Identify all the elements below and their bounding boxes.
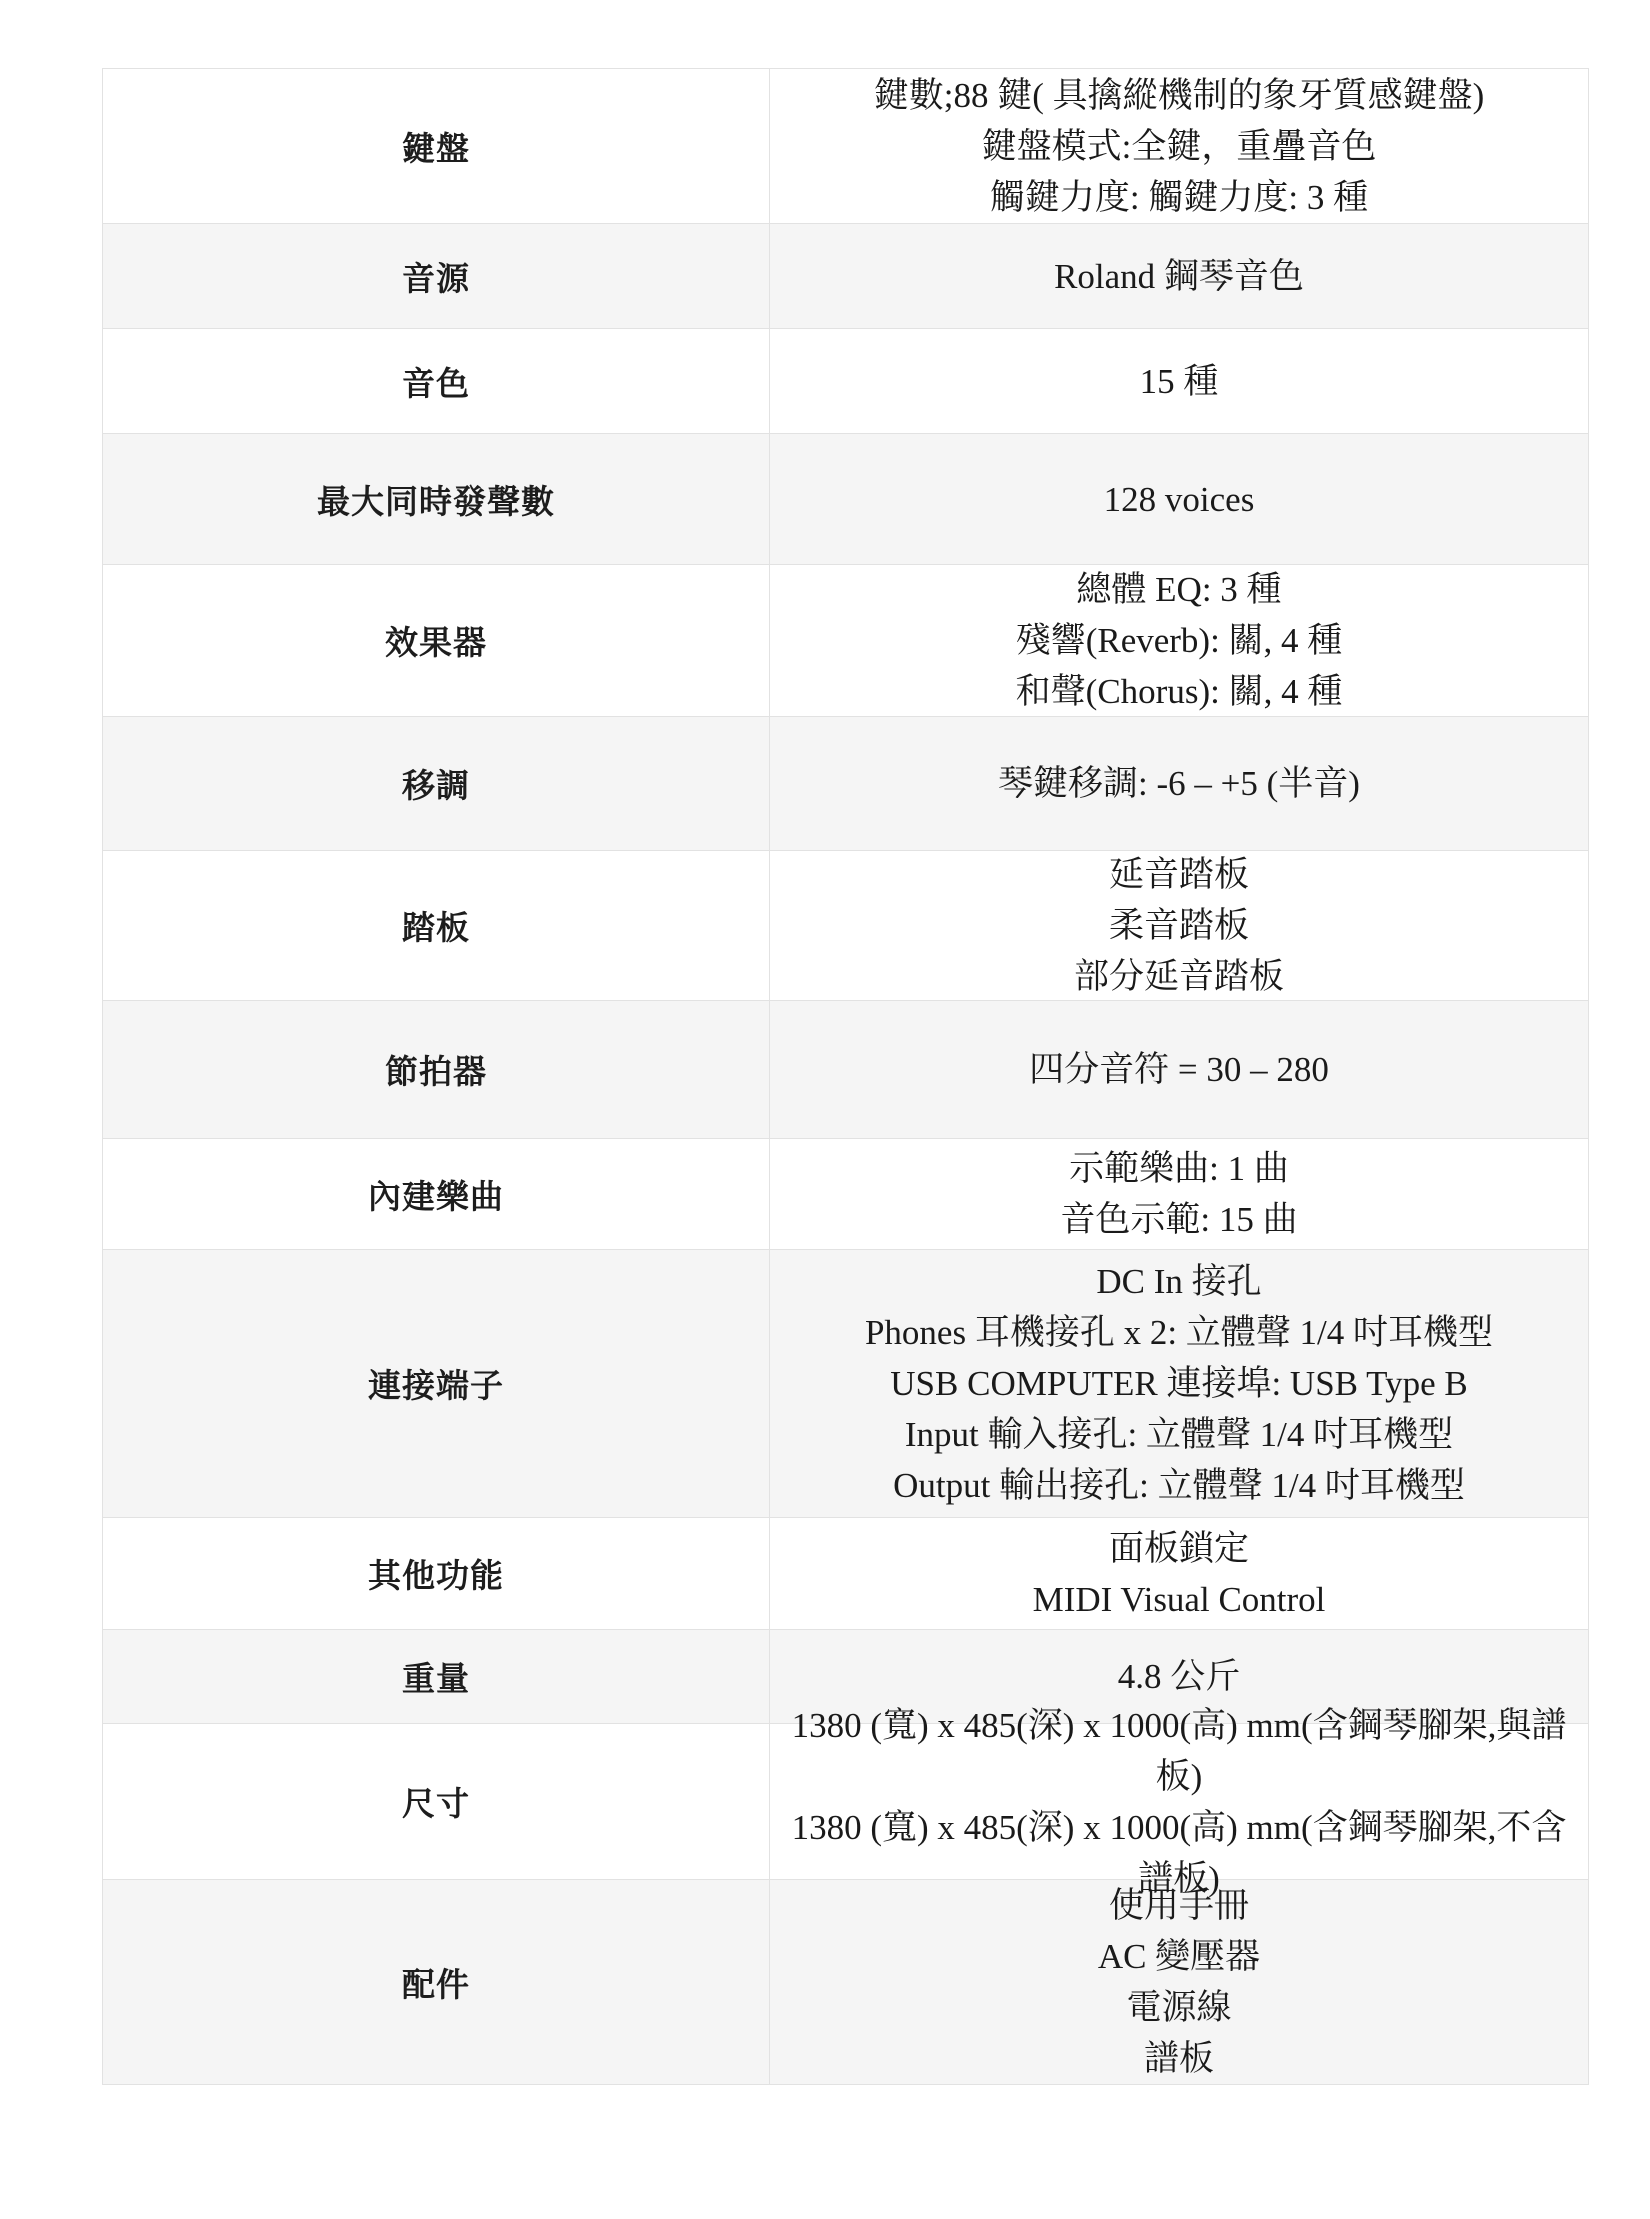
spec-value-cell: Roland 鋼琴音色 xyxy=(770,224,1588,328)
spec-value-line: 延音踏板 xyxy=(780,849,1578,900)
spec-value-line: 部分延音踏板 xyxy=(780,951,1578,1002)
spec-label: 尺寸 xyxy=(402,1778,470,1825)
spec-label-cell: 其他功能 xyxy=(103,1518,770,1629)
spec-value-line: 使用手冊 xyxy=(780,1880,1578,1931)
spec-label: 節拍器 xyxy=(385,1046,487,1093)
spec-label-cell: 最大同時發聲數 xyxy=(103,434,770,564)
spec-value-line: 128 voices xyxy=(780,474,1578,525)
spec-label-cell: 重量 xyxy=(103,1630,770,1723)
table-row: 移調琴鍵移調: -6 – +5 (半音) xyxy=(103,716,1588,850)
spec-label-cell: 移調 xyxy=(103,717,770,850)
spec-value-line: 鍵數;88 鍵( 具擒縱機制的象牙質感鍵盤) xyxy=(780,70,1578,121)
spec-label-cell: 鍵盤 xyxy=(103,69,770,223)
table-row: 配件使用手冊AC 變壓器電源線譜板 xyxy=(103,1879,1588,2084)
spec-value-line: 1380 (寬) x 485(深) x 1000(高) mm(含鋼琴腳架,與譜板… xyxy=(780,1700,1578,1802)
table-row: 連接端子DC In 接孔Phones 耳機接孔 x 2: 立體聲 1/4 吋耳機… xyxy=(103,1249,1588,1517)
spec-value-cell: 延音踏板柔音踏板部分延音踏板 xyxy=(770,851,1588,1000)
spec-value-line: 和聲(Chorus): 關, 4 種 xyxy=(780,666,1578,717)
spec-value-line: AC 變壓器 xyxy=(780,1931,1578,1982)
spec-label-cell: 連接端子 xyxy=(103,1250,770,1517)
spec-value-line: 總體 EQ: 3 種 xyxy=(780,564,1578,615)
spec-value-cell: 面板鎖定MIDI Visual Control xyxy=(770,1518,1588,1629)
spec-label-cell: 尺寸 xyxy=(103,1724,770,1879)
spec-value-cell: DC In 接孔Phones 耳機接孔 x 2: 立體聲 1/4 吋耳機型USB… xyxy=(770,1250,1588,1517)
table-row: 音源Roland 鋼琴音色 xyxy=(103,223,1588,328)
spec-label: 踏板 xyxy=(402,902,470,949)
table-row: 節拍器四分音符 = 30 – 280 xyxy=(103,1000,1588,1138)
spec-value-line: 殘響(Reverb): 關, 4 種 xyxy=(780,615,1578,666)
spec-label: 最大同時發聲數 xyxy=(317,476,555,523)
spec-value-line: 琴鍵移調: -6 – +5 (半音) xyxy=(780,758,1578,809)
spec-value-line: 譜板 xyxy=(780,2033,1578,2084)
spec-value-cell: 128 voices xyxy=(770,434,1588,564)
spec-label: 連接端子 xyxy=(368,1360,504,1407)
spec-value-cell: 1380 (寬) x 485(深) x 1000(高) mm(含鋼琴腳架,與譜板… xyxy=(770,1724,1588,1879)
spec-label: 移調 xyxy=(402,760,470,807)
table-row: 音色15 種 xyxy=(103,328,1588,433)
spec-table: 鍵盤鍵數;88 鍵( 具擒縱機制的象牙質感鍵盤)鍵盤模式:全鍵，重疊音色觸鍵力度… xyxy=(102,68,1589,2085)
spec-label: 鍵盤 xyxy=(402,123,470,170)
spec-value-cell: 示範樂曲: 1 曲音色示範: 15 曲 xyxy=(770,1139,1588,1249)
spec-label: 其他功能 xyxy=(368,1550,504,1597)
spec-label: 效果器 xyxy=(385,617,487,664)
spec-value-line: Roland 鋼琴音色 xyxy=(780,251,1578,302)
spec-value-cell: 鍵數;88 鍵( 具擒縱機制的象牙質感鍵盤)鍵盤模式:全鍵，重疊音色觸鍵力度: … xyxy=(770,69,1588,223)
spec-value-line: MIDI Visual Control xyxy=(780,1574,1578,1625)
spec-value-line: DC In 接孔 xyxy=(780,1256,1578,1307)
spec-label-cell: 效果器 xyxy=(103,565,770,716)
spec-label: 內建樂曲 xyxy=(368,1171,504,1218)
spec-value-line: Phones 耳機接孔 x 2: 立體聲 1/4 吋耳機型 xyxy=(780,1307,1578,1358)
spec-value-line: 四分音符 = 30 – 280 xyxy=(780,1044,1578,1095)
spec-label: 音色 xyxy=(402,358,470,405)
spec-value-line: USB COMPUTER 連接埠: USB Type B xyxy=(780,1358,1578,1409)
spec-label-cell: 音色 xyxy=(103,329,770,433)
spec-label-cell: 內建樂曲 xyxy=(103,1139,770,1249)
spec-value-line: 面板鎖定 xyxy=(780,1523,1578,1574)
spec-value-line: 音色示範: 15 曲 xyxy=(780,1194,1578,1245)
spec-label-cell: 踏板 xyxy=(103,851,770,1000)
spec-label-cell: 節拍器 xyxy=(103,1001,770,1138)
spec-value-line: 示範樂曲: 1 曲 xyxy=(780,1143,1578,1194)
table-row: 尺寸1380 (寬) x 485(深) x 1000(高) mm(含鋼琴腳架,與… xyxy=(103,1723,1588,1879)
table-row: 效果器總體 EQ: 3 種殘響(Reverb): 關, 4 種和聲(Chorus… xyxy=(103,564,1588,716)
table-row: 最大同時發聲數128 voices xyxy=(103,433,1588,564)
table-row: 踏板延音踏板柔音踏板部分延音踏板 xyxy=(103,850,1588,1000)
spec-label: 配件 xyxy=(402,1959,470,2006)
table-row: 鍵盤鍵數;88 鍵( 具擒縱機制的象牙質感鍵盤)鍵盤模式:全鍵，重疊音色觸鍵力度… xyxy=(103,69,1588,223)
spec-label-cell: 音源 xyxy=(103,224,770,328)
spec-value-line: 柔音踏板 xyxy=(780,900,1578,951)
spec-label: 音源 xyxy=(402,253,470,300)
spec-value-line: 鍵盤模式:全鍵，重疊音色 xyxy=(780,121,1578,172)
spec-value-cell: 琴鍵移調: -6 – +5 (半音) xyxy=(770,717,1588,850)
spec-label-cell: 配件 xyxy=(103,1880,770,2084)
spec-value-cell: 15 種 xyxy=(770,329,1588,433)
spec-value-cell: 總體 EQ: 3 種殘響(Reverb): 關, 4 種和聲(Chorus): … xyxy=(770,565,1588,716)
spec-label: 重量 xyxy=(402,1653,470,1700)
spec-value-line: 15 種 xyxy=(780,356,1578,407)
spec-value-line: 電源線 xyxy=(780,1982,1578,2033)
spec-value-line: 觸鍵力度: 觸鍵力度: 3 種 xyxy=(780,172,1578,223)
table-row: 內建樂曲示範樂曲: 1 曲音色示範: 15 曲 xyxy=(103,1138,1588,1249)
spec-value-line: Input 輸入接孔: 立體聲 1/4 吋耳機型 xyxy=(780,1409,1578,1460)
spec-value-line: 4.8 公斤 xyxy=(780,1651,1578,1702)
spec-value-cell: 四分音符 = 30 – 280 xyxy=(770,1001,1588,1138)
spec-value-line: Output 輸出接孔: 立體聲 1/4 吋耳機型 xyxy=(780,1460,1578,1511)
table-row: 其他功能面板鎖定MIDI Visual Control xyxy=(103,1517,1588,1629)
spec-value-cell: 使用手冊AC 變壓器電源線譜板 xyxy=(770,1880,1588,2084)
